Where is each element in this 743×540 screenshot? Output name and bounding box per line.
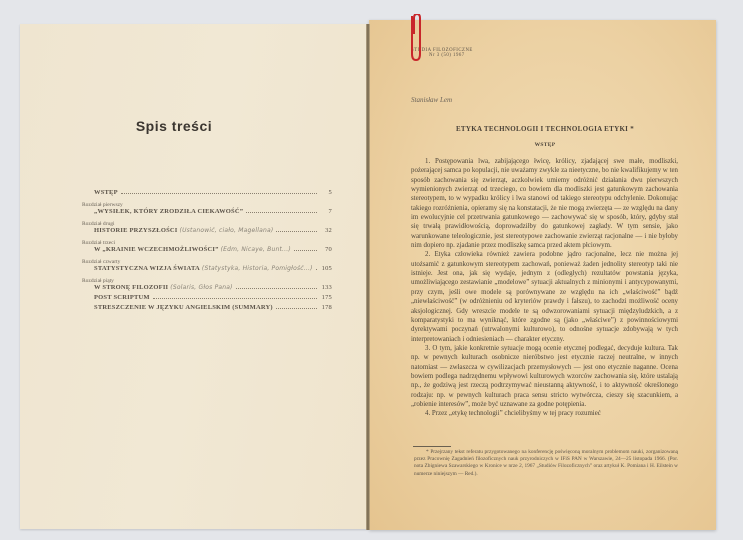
paragraph: 1. Postępowania lwa, zabijającego łwicę,… xyxy=(411,157,678,250)
toc-row: WSTĘP 5 xyxy=(82,189,332,199)
leader-dots xyxy=(246,212,317,213)
toc-row: Rozdział czwarty STATYSTYCZNA WIZJA ŚWIA… xyxy=(82,259,332,275)
toc-entry-chapter-4[interactable]: STATYSTYCZNA WIZJA ŚWIATA (Statystyka, H… xyxy=(94,265,332,275)
toc-entry-title: „WYSIŁEK, KTÓRY ZRODZIŁA CIEKAWOŚĆ” xyxy=(94,208,243,215)
leader-dots xyxy=(316,269,317,270)
paragraph: 4. Przez „etykę technologii” chcielibyśm… xyxy=(411,409,678,418)
toc-page-number: 70 xyxy=(320,246,332,253)
toc-page-number: 5 xyxy=(320,189,332,196)
toc-entry-post-scriptum[interactable]: POST SCRIPTUM 175 xyxy=(94,294,332,304)
book-spine-gutter xyxy=(366,24,370,530)
journal-issue: Nr 3 (50) 1967 xyxy=(429,53,473,58)
toc-row: STRESZCZENIE W JĘZYKU ANGIELSKIM (SUMMAR… xyxy=(82,304,332,314)
toc-entry-title: POST SCRIPTUM xyxy=(94,294,150,301)
toc-entry-summary[interactable]: STRESZCZENIE W JĘZYKU ANGIELSKIM (SUMMAR… xyxy=(94,304,332,314)
handwritten-note: (Edm, Nicaye, Bunt...) xyxy=(221,246,291,253)
toc-row: POST SCRIPTUM 175 xyxy=(82,294,332,304)
handwritten-note: (Ustanowić, ciało, Magellana) xyxy=(180,227,274,234)
paragraph: 2. Etyka człowieka również zawiera podob… xyxy=(411,250,678,343)
paperclip-icon xyxy=(409,14,422,62)
toc-entry-title: HISTORIE PRZYSZŁOŚCI xyxy=(94,227,178,234)
toc-entry-title: W STRONĘ FILOZOFII xyxy=(94,284,168,291)
article-body: 1. Postępowania lwa, zabijającego łwicę,… xyxy=(411,157,678,419)
handwritten-note: (Solaris, Głos Pana) xyxy=(170,284,232,291)
toc-row: Rozdział drugi HISTORIE PRZYSZŁOŚCI (Ust… xyxy=(82,221,332,237)
leader-dots xyxy=(276,308,317,309)
article-title: ETYKA TECHNOLOGII I TECHNOLOGIA ETYKI * xyxy=(380,125,710,133)
toc-title: Spis treści xyxy=(0,118,348,134)
leader-dots xyxy=(276,231,317,232)
toc-entry-title: W „KRAINIE WCZECHMOŻLIWOŚCI” xyxy=(94,246,219,253)
footnote-divider xyxy=(413,446,451,447)
leader-dots xyxy=(294,250,317,251)
toc-page-number: 105 xyxy=(320,265,332,272)
leader-dots xyxy=(121,193,317,194)
section-heading: WSTĘP xyxy=(380,142,710,148)
toc-row: Rozdział pierwszy „WYSIŁEK, KTÓRY ZRODZI… xyxy=(82,202,332,218)
toc-entry-chapter-3[interactable]: W „KRAINIE WCZECHMOŻLIWOŚCI” (Edm, Nicay… xyxy=(94,246,332,256)
toc-entry-chapter-5[interactable]: W STRONĘ FILOZOFII (Solaris, Głos Pana) … xyxy=(94,284,332,294)
footnote: * Przejrzany tekst referatu przygotowane… xyxy=(414,449,678,478)
toc-entry-title: WSTĘP xyxy=(94,189,118,196)
toc-row: Rozdział piąty W STRONĘ FILOZOFII (Solar… xyxy=(82,278,332,294)
toc-entry-chapter-2[interactable]: HISTORIE PRZYSZŁOŚCI (Ustanowić, ciało, … xyxy=(94,227,332,237)
toc-page-number: 7 xyxy=(320,208,332,215)
table-of-contents: WSTĘP 5 Rozdział pierwszy „WYSIŁEK, KTÓR… xyxy=(82,189,332,314)
leader-dots xyxy=(236,288,317,289)
toc-entry-chapter-1[interactable]: „WYSIŁEK, KTÓRY ZRODZIŁA CIEKAWOŚĆ” 7 xyxy=(94,208,332,218)
article-author: Stanisław Lem xyxy=(411,96,452,104)
toc-entry-title: STATYSTYCZNA WIZJA ŚWIATA xyxy=(94,265,200,272)
toc-entry-intro[interactable]: WSTĘP 5 xyxy=(94,189,332,199)
toc-page-number: 175 xyxy=(320,294,332,301)
leader-dots xyxy=(153,298,317,299)
toc-page-number: 178 xyxy=(320,304,332,311)
toc-page-number: 32 xyxy=(320,227,332,234)
paragraph: 3. O tym, jakie konkretnie sytuacje mogą… xyxy=(411,344,678,409)
handwritten-note: (Statystyka, Historia, Pomigłość...) xyxy=(202,265,313,272)
toc-page-number: 133 xyxy=(320,284,332,291)
toc-row: Rozdział trzeci W „KRAINIE WCZECHMOŻLIWO… xyxy=(82,240,332,256)
toc-entry-title: STRESZCZENIE W JĘZYKU ANGIELSKIM (SUMMAR… xyxy=(94,304,273,311)
